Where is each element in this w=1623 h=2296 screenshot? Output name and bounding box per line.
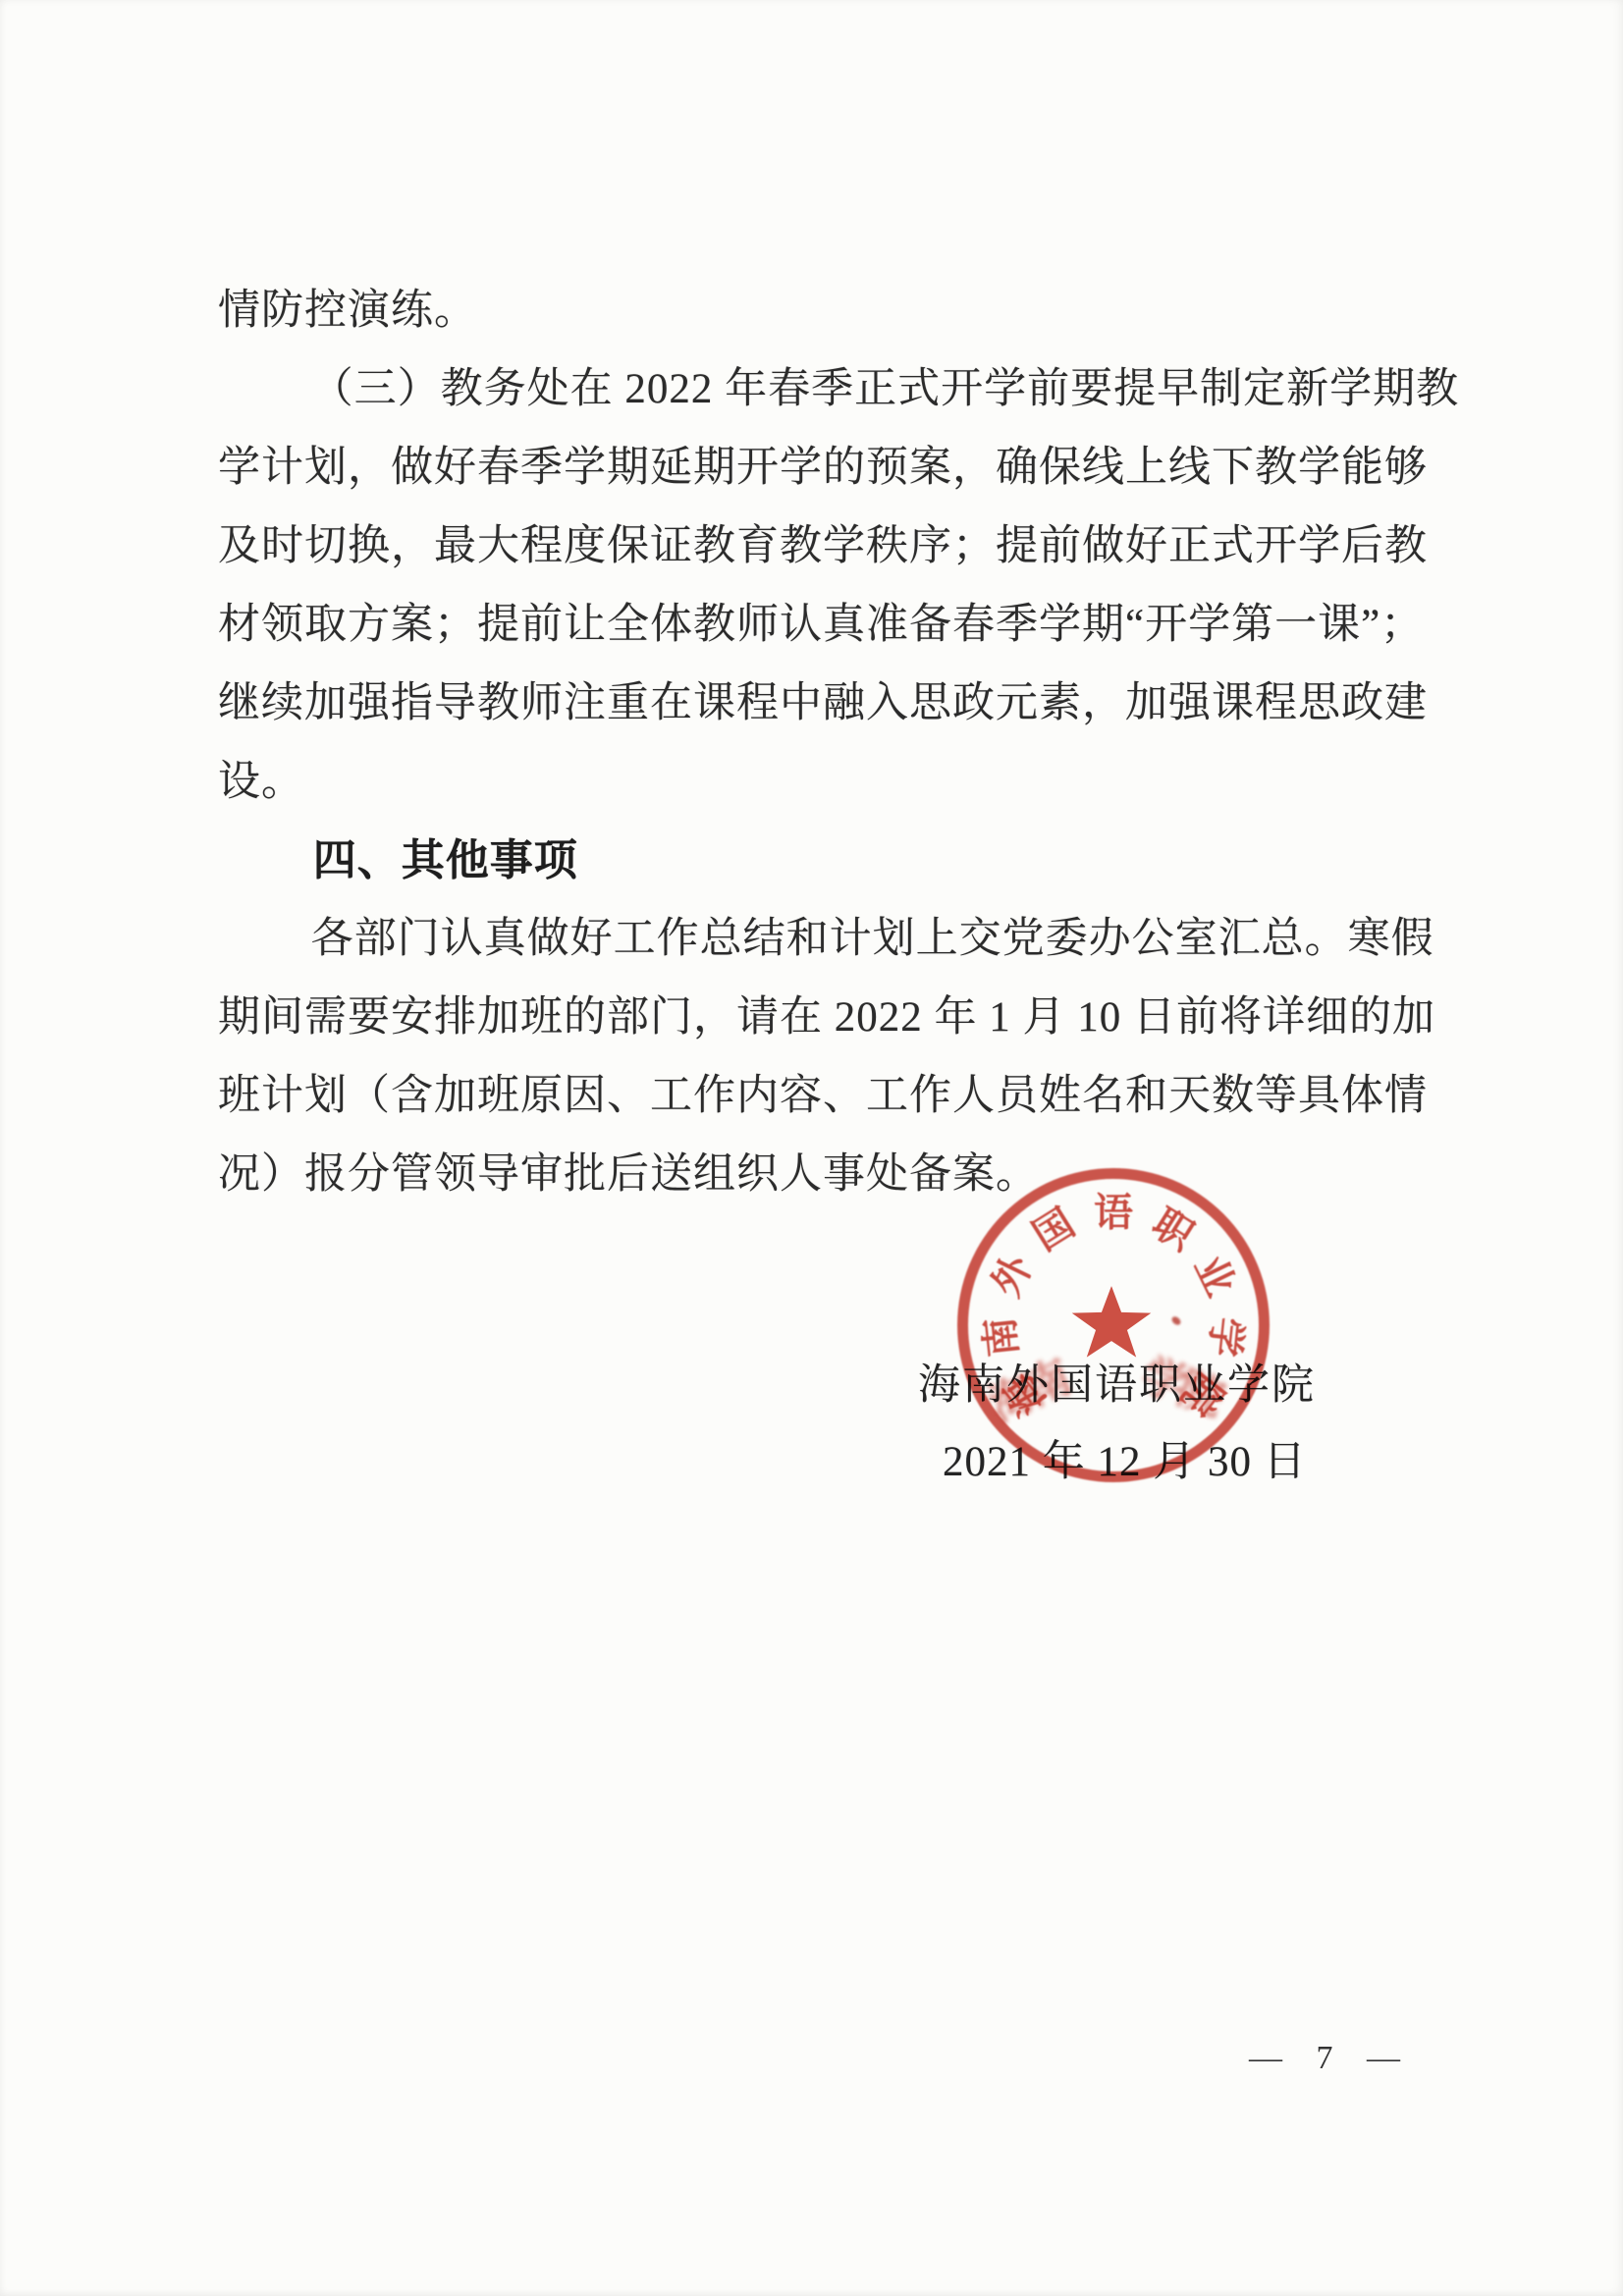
scanned-document-page: 情防控演练。 （三）教务处在 2022 年春季正式开学前要提早制定新学期教 学计…: [0, 0, 1623, 2296]
body-line: 继续加强指导教师注重在课程中融入思政元素，加强课程思政建: [218, 665, 1440, 743]
seal-ring-char: 学: [1199, 1314, 1259, 1360]
seal-ring-char: 语: [1094, 1182, 1133, 1238]
body-line: （三）教务处在 2022 年春季正式开学前要提早制定新学期教: [218, 350, 1440, 429]
section-heading: 四、其他事项: [218, 822, 1440, 900]
body-line: 学计划，做好春季学期延期开学的预案，确保线上线下教学能够: [218, 429, 1440, 507]
body-line: 设。: [218, 743, 1440, 822]
body-line: 情防控演练。: [218, 272, 1440, 350]
page-number: — 7 —: [1249, 2040, 1404, 2077]
body-text: 情防控演练。 （三）教务处在 2022 年春季正式开学前要提早制定新学期教 学计…: [218, 272, 1440, 1214]
official-seal: 海南外国语职业学院 海南 学院: [957, 1168, 1270, 1482]
body-line: 期间需要安排加班的部门，请在 2022 年 1 月 10 日前将详细的加: [218, 979, 1440, 1057]
seal-ring-char: 南: [968, 1314, 1028, 1360]
body-line: 各部门认真做好工作总结和计划上交党委办公室汇总。寒假: [218, 900, 1440, 979]
body-line: 及时切换，最大程度保证教育教学秩序；提前做好正式开学后教: [218, 507, 1440, 586]
body-line: 材领取方案；提前让全体教师认真准备春季学期“开学第一课”；: [218, 586, 1440, 665]
body-line: 班计划（含加班原因、工作内容、工作人员姓名和天数等具体情: [218, 1057, 1440, 1136]
